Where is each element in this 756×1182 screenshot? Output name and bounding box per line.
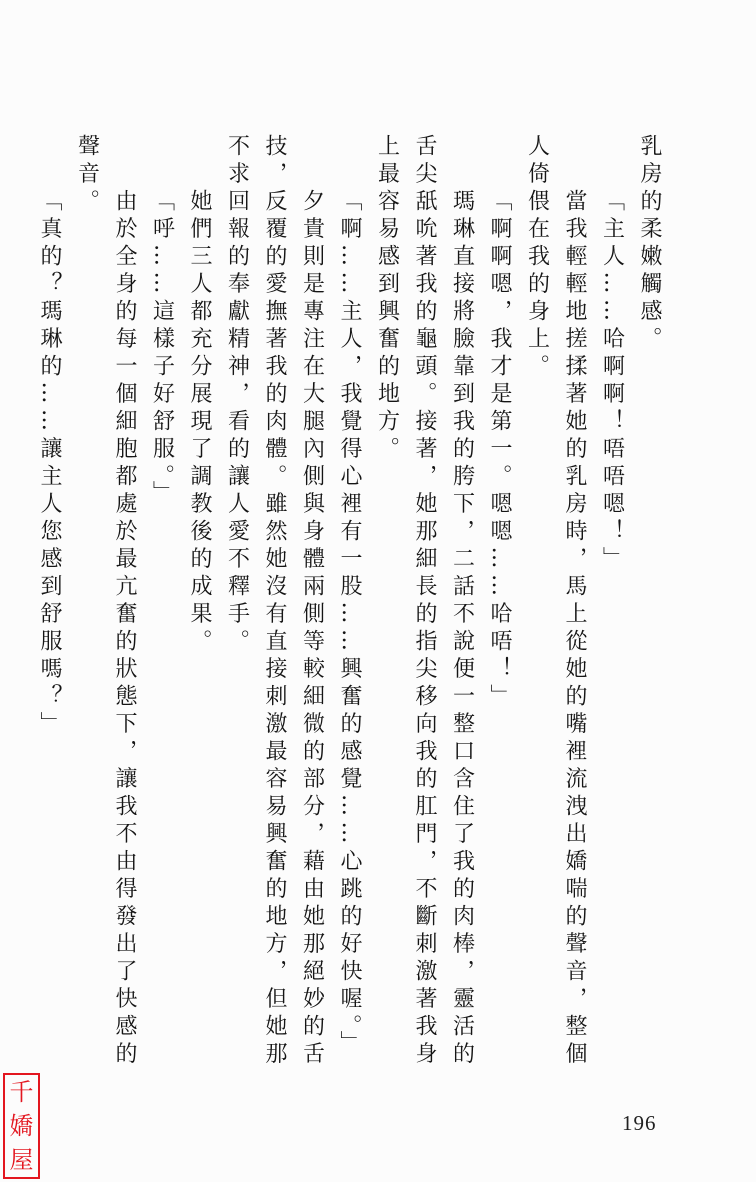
text-column: 「真的？瑪琳的……讓主人您感到舒服嗎？」 <box>31 134 69 1074</box>
book-page: 乳房的柔嫩觸感。 「主人……哈啊啊！唔唔嗯！」 當我輕輕地搓揉著她的乳房時，馬上… <box>0 0 756 1182</box>
text-column: 「呼……這樣子好舒服。」 <box>143 134 181 1074</box>
text-column: 她們三人都充分展現了調教後的成果。 <box>181 134 219 1074</box>
text-column: 「啊啊嗯，我才是第一。嗯嗯……哈唔！」 <box>481 134 519 1074</box>
seal-char: 千 <box>10 1080 34 1104</box>
text-column: 夕貴則是專注在大腿內側與身體兩側等較細微的部分，藉由她那絕妙的舌 <box>293 134 331 1074</box>
seal-char: 屋 <box>10 1148 34 1172</box>
text-column: 舌尖舐吮著我的龜頭。接著，她那細長的指尖移向我的肛門，不斷刺激著我身 <box>406 134 444 1074</box>
text-column: 乳房的柔嫩觸感。 <box>631 134 669 1074</box>
seal-char: 嬌 <box>10 1114 34 1138</box>
text-column: 人倚偎在我的身上。 <box>518 134 556 1074</box>
seal-stamp-icon: 千 嬌 屋 <box>3 1073 40 1179</box>
text-column: 當我輕輕地搓揉著她的乳房時，馬上從她的嘴裡流洩出嬌喘的聲音，整個 <box>556 134 594 1074</box>
vertical-text-block: 乳房的柔嫩觸感。 「主人……哈啊啊！唔唔嗯！」 當我輕輕地搓揉著她的乳房時，馬上… <box>30 134 668 1074</box>
page-number: 196 <box>622 1111 657 1136</box>
text-column: 由於全身的每一個細胞都處於最亢奮的狀態下，讓我不由得發出了快感的 <box>106 134 144 1074</box>
text-column: 上最容易感到興奮的地方。 <box>368 134 406 1074</box>
text-column: 瑪琳直接將臉靠到我的胯下，二話不說便一整口含住了我的肉棒，靈活的 <box>443 134 481 1074</box>
text-column: 「主人……哈啊啊！唔唔嗯！」 <box>593 134 631 1074</box>
text-column: 不求回報的奉獻精神，看的讓人愛不釋手。 <box>218 134 256 1074</box>
text-column: 聲音。 <box>68 134 106 1074</box>
text-column: 「啊……主人，我覺得心裡有一股……興奮的感覺……心跳的好快喔。」 <box>331 134 369 1074</box>
text-column: 技，反覆的愛撫著我的肉體。雖然她沒有直接刺激最容易興奮的地方，但她那 <box>256 134 294 1074</box>
